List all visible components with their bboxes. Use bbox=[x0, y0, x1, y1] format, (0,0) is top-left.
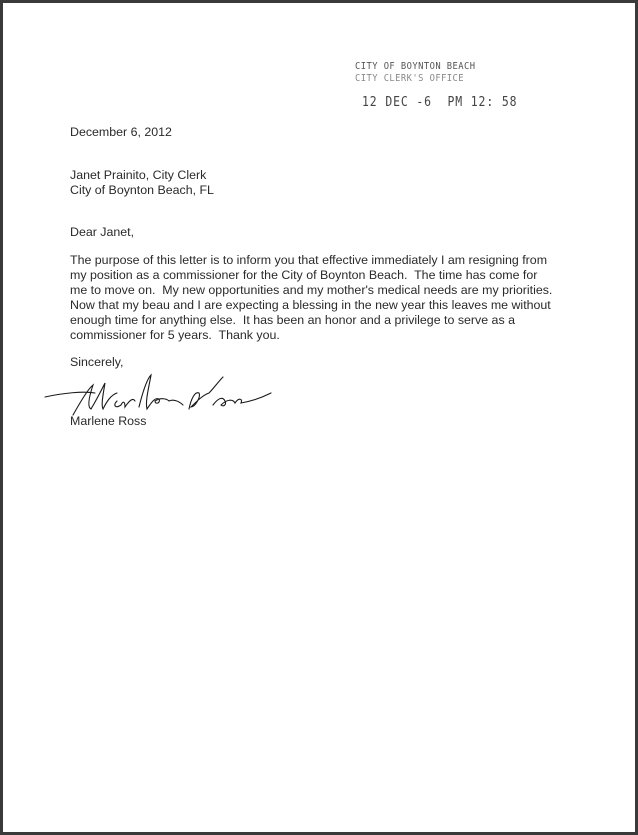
body-line: The purpose of this letter is to inform … bbox=[70, 253, 630, 268]
closing: Sincerely, bbox=[70, 355, 123, 370]
signer-name: Marlene Ross bbox=[70, 414, 146, 429]
recipient-address: Janet Prainito, City Clerk City of Boynt… bbox=[70, 168, 214, 198]
stamp-office: CITY CLERK'S OFFICE bbox=[355, 73, 517, 85]
stamp-received-time: 12 DEC -6 PM 12: 58 bbox=[362, 97, 517, 109]
recipient-organization: City of Boynton Beach, FL bbox=[70, 183, 214, 198]
received-stamp: CITY OF BOYNTON BEACH CITY CLERK'S OFFIC… bbox=[355, 61, 517, 109]
body-line: my position as a commissioner for the Ci… bbox=[70, 268, 630, 283]
salutation: Dear Janet, bbox=[70, 225, 134, 240]
letter-body: The purpose of this letter is to inform … bbox=[70, 253, 630, 343]
letter-date: December 6, 2012 bbox=[70, 125, 172, 140]
body-line: commissioner for 5 years. Thank you. bbox=[70, 328, 630, 343]
stamp-city: CITY OF BOYNTON BEACH bbox=[355, 61, 517, 73]
body-line: me to move on. My new opportunities and … bbox=[70, 283, 630, 298]
letter-page: CITY OF BOYNTON BEACH CITY CLERK'S OFFIC… bbox=[3, 3, 635, 832]
recipient-name: Janet Prainito, City Clerk bbox=[70, 168, 214, 183]
body-line: enough time for anything else. It has be… bbox=[70, 313, 630, 328]
body-line: Now that my beau and I are expecting a b… bbox=[70, 298, 630, 313]
